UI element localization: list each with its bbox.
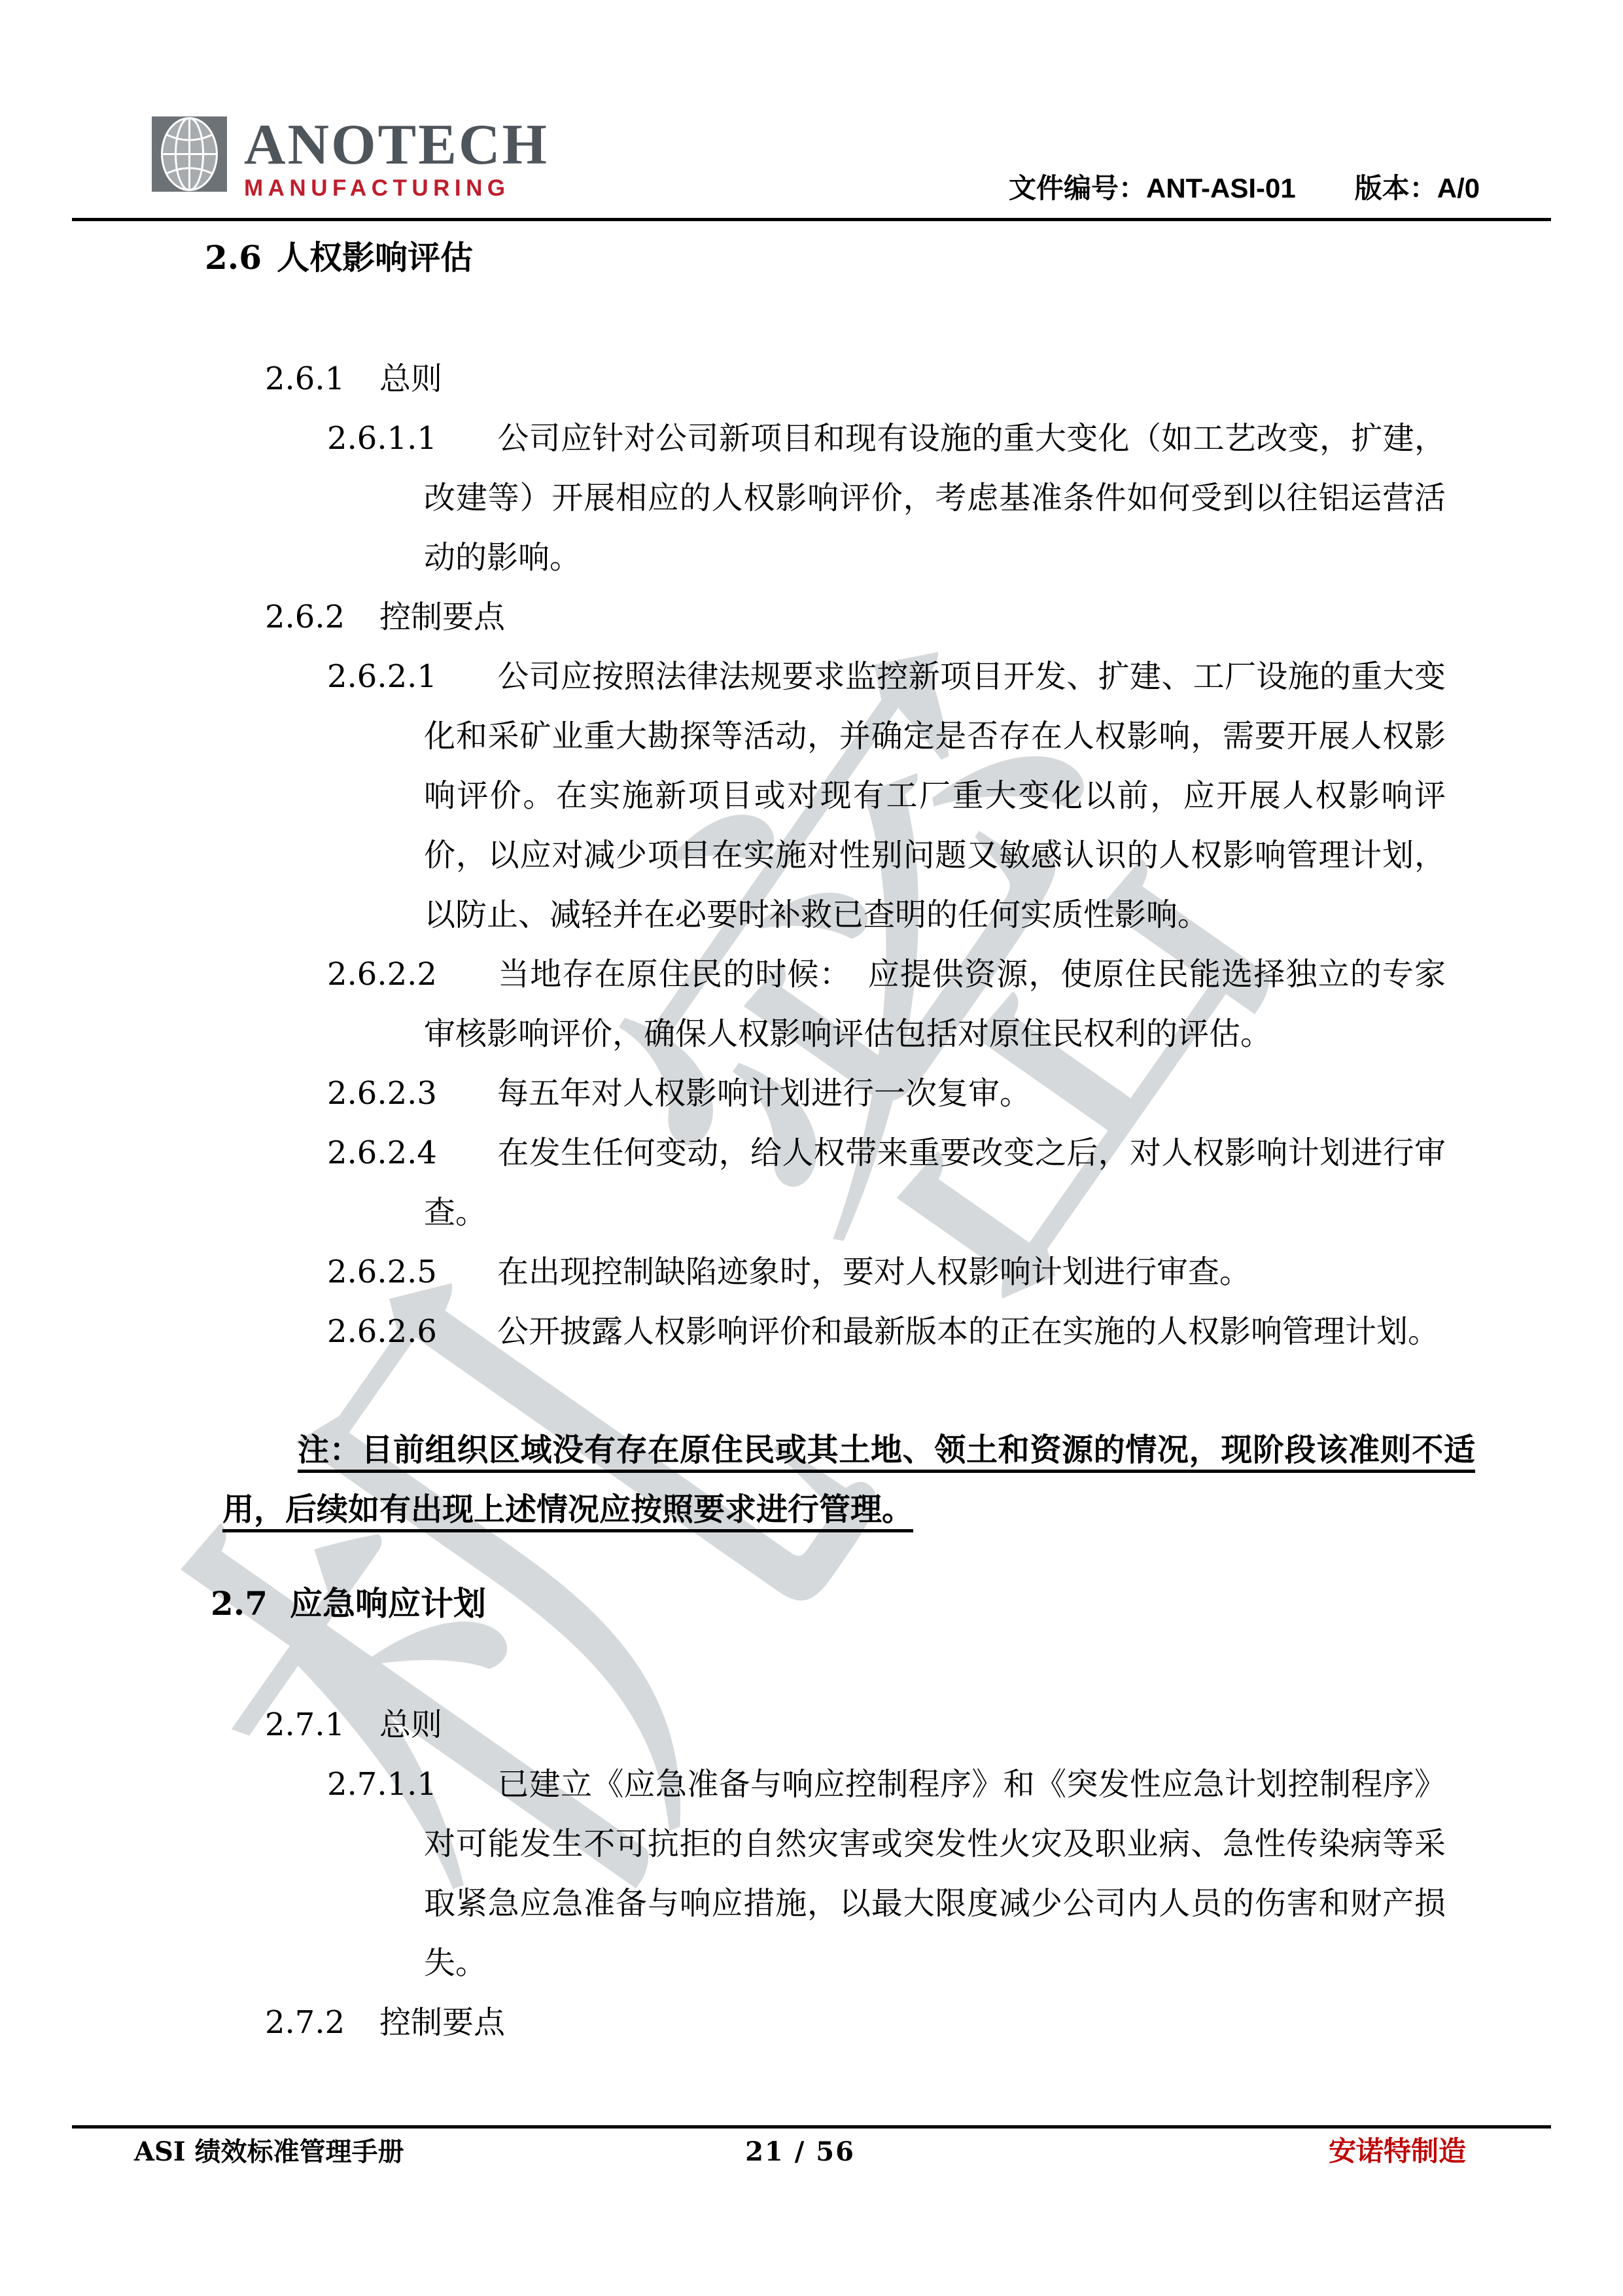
logo-wordmark: ANOTECH [244,116,549,174]
clause-2-6-1: 2.6.1总则 [265,349,1446,409]
clause-number: 2.6.1 [265,349,379,409]
clause-text: 公司应针对公司新项目和现有设施的重大变化（如工艺改变，扩建，改建等）开展相应的人… [424,420,1446,576]
clause-2-6-2-2: 2.6.2.2当地存在原住民的时候： 应提供资源，使原住民能选择独立的专家审核影… [424,945,1446,1064]
clause-text: 总则 [379,361,442,397]
version-label: 版本： [1355,172,1437,204]
doc-number-value: ANT-ASI-01 [1146,173,1296,203]
clause-text: 控制要点 [379,599,505,635]
clause-2-6-2: 2.6.2控制要点 [265,588,1446,647]
page-current: 21 [745,2136,784,2167]
clause-number: 2.7.1.1 [327,1755,497,1814]
clause-text: 每五年对人权影响计划进行一次复审。 [497,1075,1031,1112]
clause-number: 2.6.2 [265,588,379,647]
section-heading-2-6: 2.6人权影响评估 [205,239,1446,276]
clause-number: 2.6.2.1 [327,647,497,707]
section-number: 2.7 [211,1585,290,1622]
clause-text: 控制要点 [379,2004,505,2041]
doc-number-label: 文件编号： [1009,172,1146,204]
clause-number: 2.6.2.6 [327,1302,497,1362]
section-number: 2.6 [205,239,277,276]
clause-text: 已建立《应急准备与响应控制程序》和《突发性应急计划控制程序》对可能发生不可抗拒的… [424,1766,1446,1981]
clause-2-7-2: 2.7.2控制要点 [265,1993,1446,2053]
footer-company-name: 安诺特制造 [1329,2134,1466,2168]
document-body: 2.6人权影响评估 2.6.1总则 2.6.1.1公司应针对公司新项目和现有设施… [0,230,1623,2053]
document-page: 机密 ANOTECH MANUFACTURING 文件编号：ANT-AS [0,0,1623,2296]
clause-text: 公司应按照法律法规要求监控新项目开发、扩建、工厂设施的重大变化和采矿业重大勘探等… [424,658,1446,933]
section-title: 应急响应计划 [290,1584,486,1623]
clause-2-6-2-3: 2.6.2.3每五年对人权影响计划进行一次复审。 [424,1064,1446,1123]
clause-2-6-2-4: 2.6.2.4在发生任何变动，给人权带来重要改变之后，对人权影响计划进行审查。 [424,1123,1446,1243]
clause-2-6-2-5: 2.6.2.5在出现控制缺陷迹象时，要对人权影响计划进行审查。 [424,1243,1446,1302]
clause-2-6-1-1: 2.6.1.1公司应针对公司新项目和现有设施的重大变化（如工艺改变，扩建，改建等… [424,409,1446,588]
globe-icon [152,116,227,192]
clause-text: 公开披露人权影响评价和最新版本的正在实施的人权影响管理计划。 [497,1313,1439,1350]
anotech-logo: ANOTECH MANUFACTURING [152,116,549,200]
footer-row: ASI 绩效标准管理手册 21 / 56 安诺特制造 [134,2134,1466,2169]
section-title: 人权影响评估 [277,238,473,277]
clause-text: 当地存在原住民的时候： 应提供资源，使原住民能选择独立的专家审核影响评价，确保人… [424,956,1446,1052]
clause-2-7-1: 2.7.1总则 [265,1695,1446,1755]
note-paragraph: 注：目前组织区域没有存在原住民或其土地、领土和资源的情况，现阶段该准则不适用，后… [222,1421,1475,1540]
clause-number: 2.6.2.4 [327,1123,497,1183]
clause-number: 2.6.2.3 [327,1064,497,1123]
footer-manual-title: ASI 绩效标准管理手册 [134,2135,404,2169]
logo-subtitle: MANUFACTURING [244,177,549,200]
clause-number: 2.7.1 [265,1695,379,1755]
page-separator: / [795,2136,806,2167]
document-info: 文件编号：ANT-ASI-01版本：A/0 [1009,171,1480,205]
clause-2-7-1-1: 2.7.1.1已建立《应急准备与响应控制程序》和《突发性应急计划控制程序》对可能… [424,1755,1446,1993]
header-rule [72,218,1551,221]
clause-text: 在出现控制缺陷迹象时，要对人权影响计划进行审查。 [497,1254,1251,1290]
logo-text: ANOTECH MANUFACTURING [244,116,549,200]
clause-number: 2.6.2.5 [327,1243,497,1302]
clause-text: 在发生任何变动，给人权带来重要改变之后，对人权影响计划进行审查。 [424,1135,1446,1231]
section-heading-2-7: 2.7应急响应计划 [211,1585,1446,1622]
clause-number: 2.6.2.2 [327,945,497,1004]
clause-number: 2.6.1.1 [327,409,497,468]
clause-text: 总则 [379,1706,442,1743]
clause-number: 2.7.2 [265,1993,379,2053]
version-value: A/0 [1437,173,1480,203]
clause-2-6-2-6: 2.6.2.6公开披露人权影响评价和最新版本的正在实施的人权影响管理计划。 [424,1302,1446,1362]
clause-2-6-2-1: 2.6.2.1公司应按照法律法规要求监控新项目开发、扩建、工厂设施的重大变化和采… [424,647,1446,945]
